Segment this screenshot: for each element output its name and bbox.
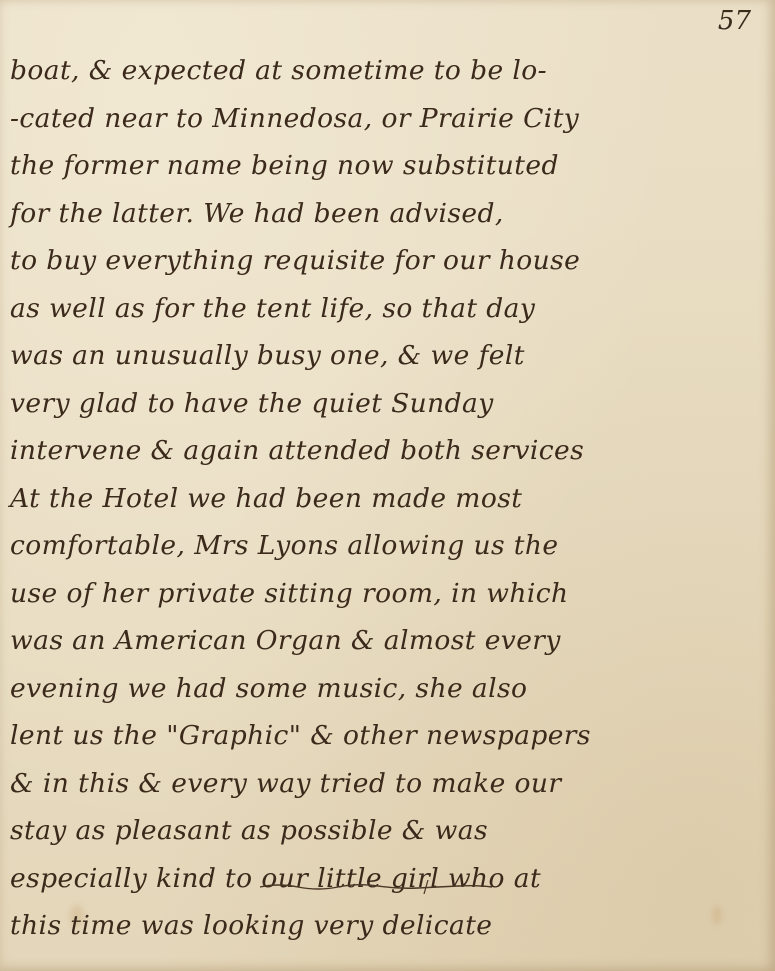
text-line: & in this & every way tried to make our [10, 761, 775, 809]
text-line: At the Hotel we had been made most [10, 476, 775, 524]
text-line: stay as pleasant as possible & was [10, 808, 775, 856]
text-line: for the latter. We had been advised, [10, 191, 775, 239]
text-line: the former name being now substituted [10, 143, 775, 191]
text-line: -cated near to Minnedosa, or Prairie Cit… [10, 96, 775, 144]
end-flourish-icon [258, 880, 494, 894]
text-line: very glad to have the quiet Sunday [10, 381, 775, 429]
text-line: as well as for the tent life, so that da… [10, 286, 775, 334]
manuscript-page: 57 boat, & expected at sometime to be lo… [0, 0, 775, 971]
text-line: lent us the "Graphic" & other newspapers [10, 713, 775, 761]
text-line: was an unusually busy one, & we felt [10, 333, 775, 381]
text-line: to buy everything requisite for our hous… [10, 238, 775, 286]
text-line: was an American Organ & almost every [10, 618, 775, 666]
handwritten-text-block: boat, & expected at sometime to be lo- -… [10, 48, 770, 951]
text-line: evening we had some music, she also [10, 666, 775, 714]
text-line: intervene & again attended both services [10, 428, 775, 476]
text-line: boat, & expected at sometime to be lo- [10, 48, 775, 96]
page-number: 57 [718, 6, 751, 36]
text-line: this time was looking very delicate [10, 903, 775, 951]
text-line: comfortable, Mrs Lyons allowing us the [10, 523, 775, 571]
text-line: use of her private sitting room, in whic… [10, 571, 775, 619]
